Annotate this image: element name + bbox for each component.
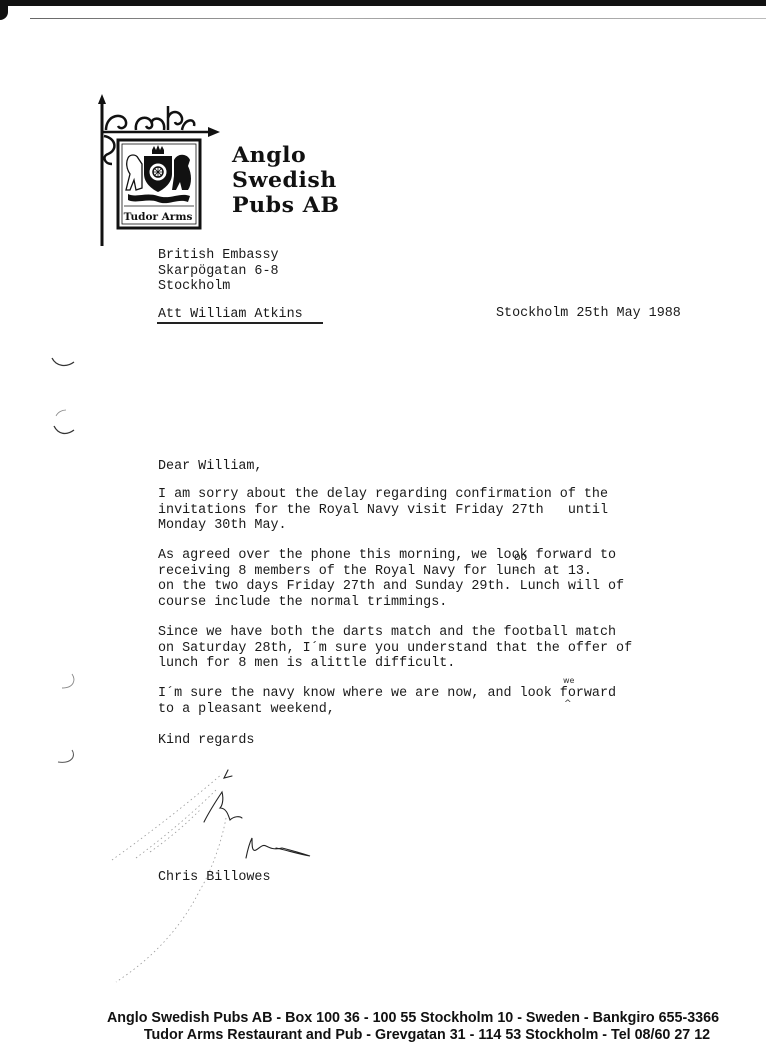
letter-date: Stockholm 25th May 1988	[496, 306, 681, 322]
attention-underline	[157, 322, 323, 324]
salutation: Dear William,	[158, 459, 262, 475]
logotype-line: Swedish	[232, 167, 340, 192]
address-line: British Embassy	[158, 248, 279, 264]
punch-hole-marks-icon	[48, 352, 78, 442]
body-paragraph: I am sorry about the delay regarding con…	[158, 487, 608, 534]
insertion-caret-icon: ^	[564, 699, 572, 709]
top-rule	[30, 18, 766, 19]
scan-top-edge	[0, 0, 766, 6]
logotype-line: Anglo	[232, 142, 340, 167]
address-line: Stockholm	[158, 279, 279, 295]
time-underline-mark: --	[513, 566, 525, 577]
attention-line: Att William Atkins	[158, 307, 303, 323]
body-paragraph: I´m sure the navy know where we are now,…	[158, 686, 616, 717]
svg-text:Tudor Arms: Tudor Arms	[124, 211, 193, 223]
handwritten-insertion: we	[563, 676, 574, 685]
scan-corner	[0, 0, 8, 20]
company-logotype: Anglo Swedish Pubs AB	[232, 142, 334, 217]
footer-company-line: Anglo Swedish Pubs AB - Box 100 36 - 100…	[30, 1010, 766, 1026]
punch-hole-marks-icon	[52, 672, 82, 772]
recipient-address: British EmbassySkarpögatan 6-8Stockholm	[158, 248, 279, 295]
body-paragraph: As agreed over the phone this morning, w…	[158, 548, 624, 610]
logotype-line: Pubs AB	[232, 192, 340, 217]
signatory-name: Chris Billowes	[158, 870, 271, 886]
address-line: Skarpögatan 6-8	[158, 264, 279, 280]
closing: Kind regards	[158, 733, 254, 749]
time-superscript: oo	[514, 553, 527, 563]
footer-pub-line: Tudor Arms Restaurant and Pub - Grevgata…	[44, 1027, 766, 1043]
body-paragraph: Since we have both the darts match and t…	[158, 625, 632, 672]
